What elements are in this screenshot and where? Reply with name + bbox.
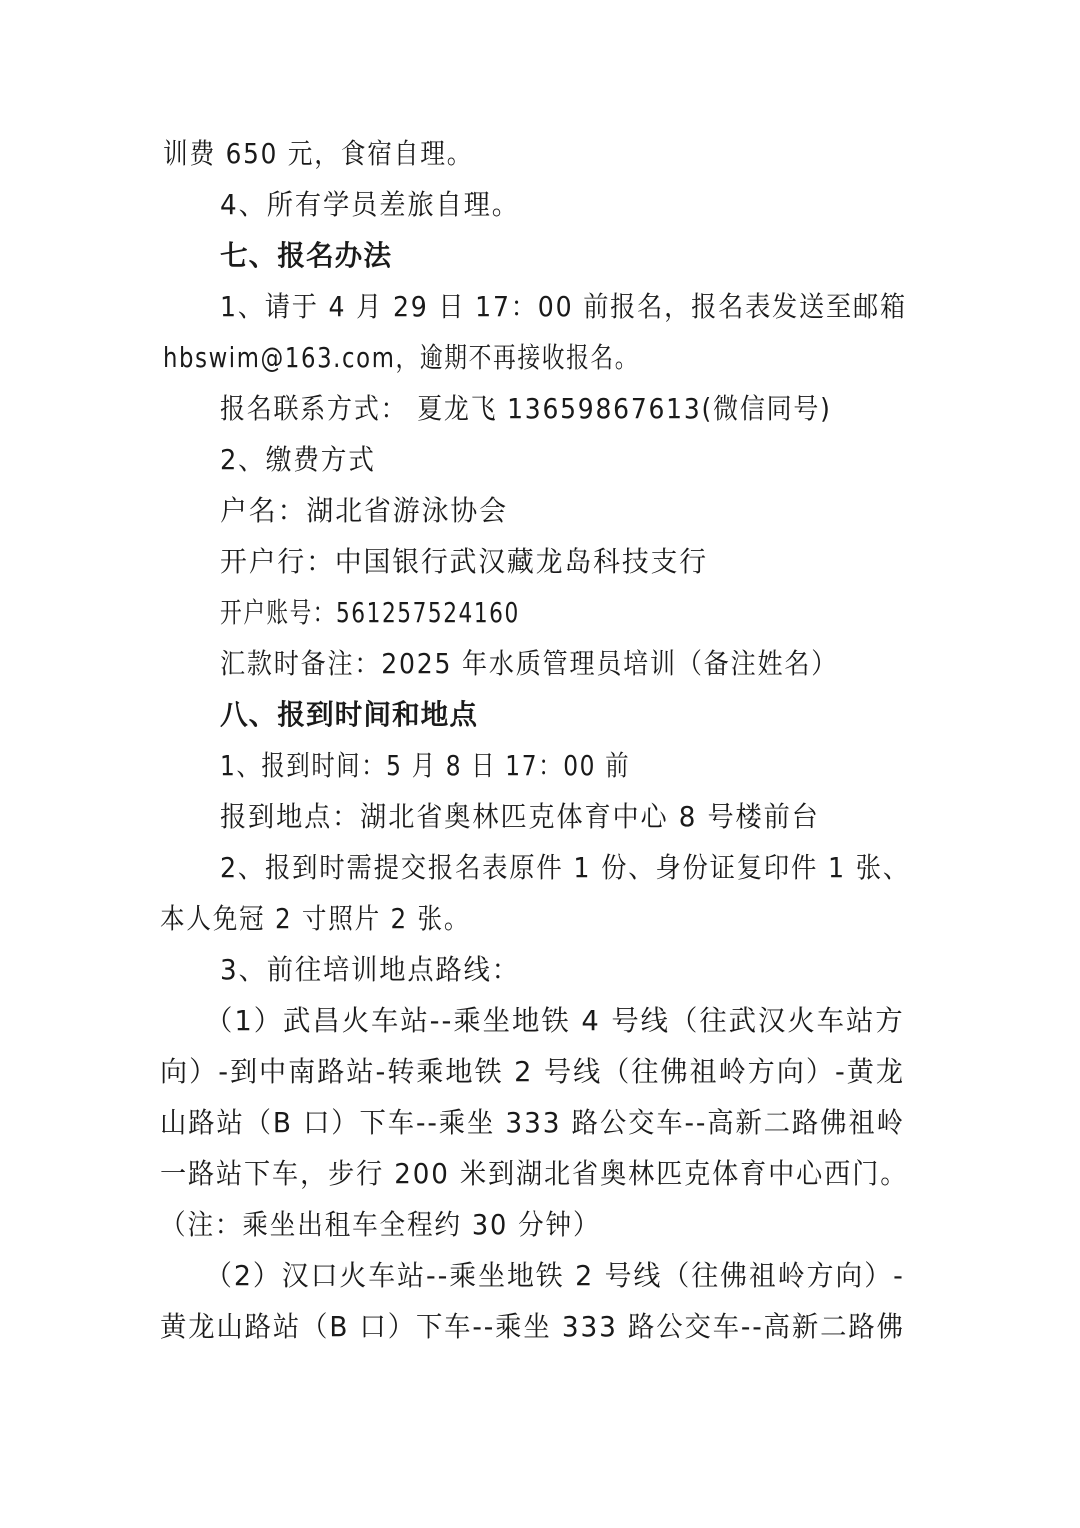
text-line: 3、前往培训地点路线： xyxy=(220,952,520,988)
text-line: 开户行：中国银行武汉藏龙岛科技支行 xyxy=(220,544,708,580)
text-line: 2、缴费方式 xyxy=(220,442,376,478)
text-line: hbswim@163.com，逾期不再接收报名。 xyxy=(163,340,639,376)
section-heading: 八、报到时间和地点 xyxy=(220,697,478,733)
text-line: （1）武昌火车站--乘坐地铁 4 号线（往武汉火车站方 xyxy=(205,1003,905,1039)
text-line: 山路站（B 口）下车--乘坐 333 路公交车--高新二路佛祖岭 xyxy=(160,1105,905,1141)
text-line: 训费 650 元，食宿自理。 xyxy=(163,136,473,172)
text-line: 汇款时备注：2025 年水质管理员培训（备注姓名） xyxy=(220,646,838,682)
text-line: 黄龙山路站（B 口）下车--乘坐 333 路公交车--高新二路佛 xyxy=(160,1309,905,1345)
text-line: （注：乘坐出租车全程约 30 分钟） xyxy=(160,1207,600,1243)
text-line: 一路站下车，步行 200 米到湖北省奥林匹克体育中心西门。 xyxy=(160,1156,908,1192)
text-line: 1、请于 4 月 29 日 17：00 前报名，报名表发送至邮箱 xyxy=(220,289,907,325)
text-line: 4、所有学员差旅自理。 xyxy=(220,187,520,223)
text-line: 2、报到时需提交报名表原件 1 份、身份证复印件 1 张、 xyxy=(220,850,910,886)
text-line: 向）-到中南路站-转乘地铁 2 号线（往佛祖岭方向）-黄龙 xyxy=(160,1054,905,1090)
text-line: 1、报到时间：5 月 8 日 17：00 前 xyxy=(220,748,630,784)
text-line: 户名：湖北省游泳协会 xyxy=(220,493,508,529)
text-line: 本人免冠 2 寸照片 2 张。 xyxy=(160,901,470,937)
section-heading: 七、报名办法 xyxy=(220,238,392,274)
text-line: 开户账号：561257524160 xyxy=(220,595,520,631)
text-line: 报名联系方式： 夏龙飞 13659867613(微信同号) xyxy=(220,391,832,427)
text-line: （2）汉口火车站--乘坐地铁 2 号线（往佛祖岭方向）- xyxy=(205,1258,905,1294)
text-line: 报到地点：湖北省奥林匹克体育中心 8 号楼前台 xyxy=(220,799,820,835)
